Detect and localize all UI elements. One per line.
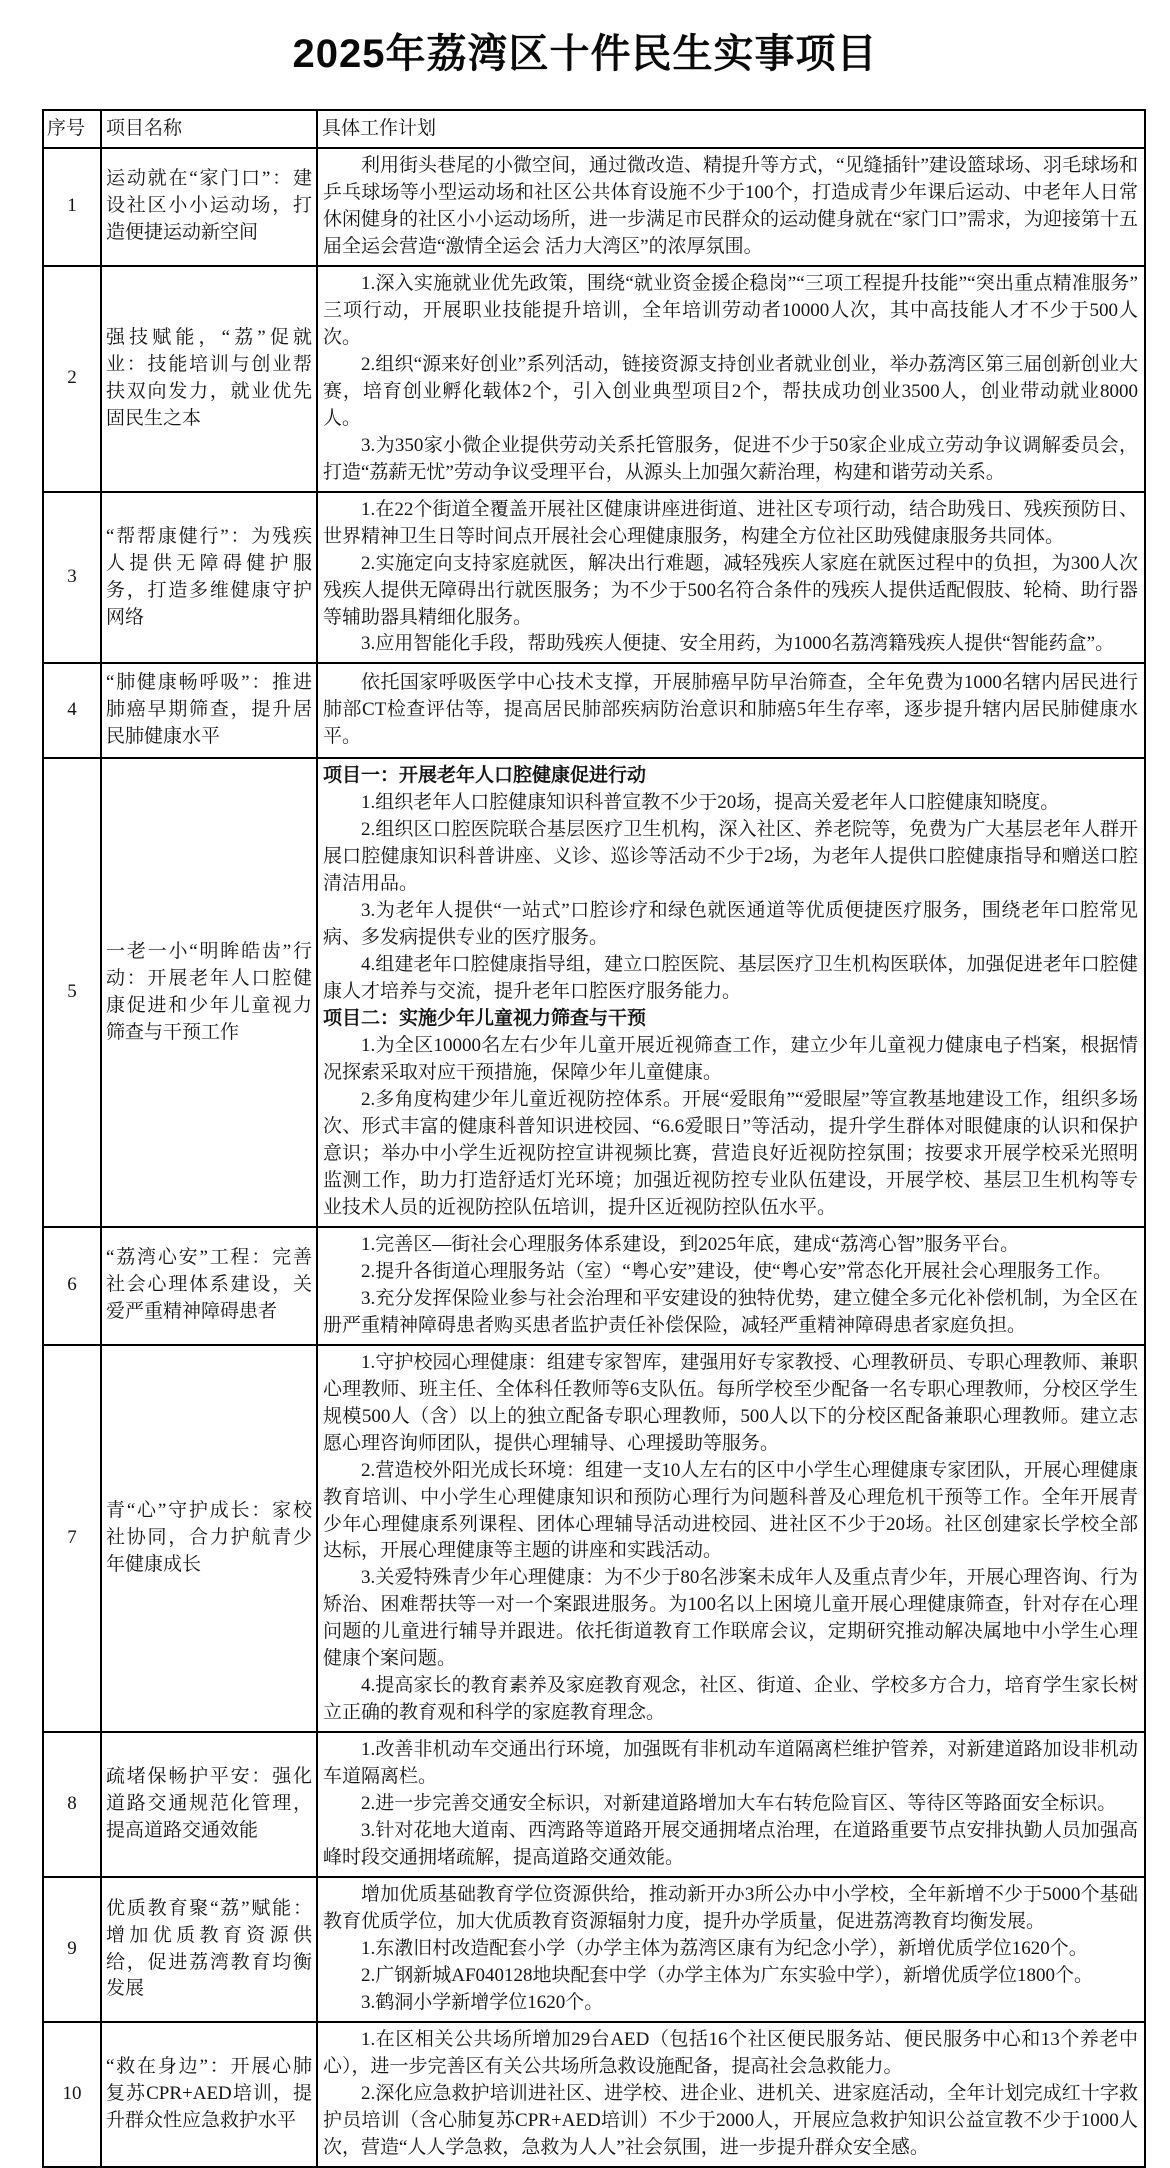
row-number-cell: 8 xyxy=(43,1732,101,1877)
document-page: 2025年荔湾区十件民生实事项目 序号 项目名称 具体工作计划 1 运动就在“家… xyxy=(0,0,1170,2168)
plan-paragraph: 3.为老年人提供“一站式”口腔诊疗和绿色就医通道等优质便捷医疗服务，围绕老年口腔… xyxy=(323,898,1138,952)
header-row: 序号 项目名称 具体工作计划 xyxy=(43,110,1145,148)
project-name-cell: 一老一小“明眸皓齿”行动：开展老年人口腔健康促进和少年儿童视力筛查与干预工作 xyxy=(101,758,317,1226)
plan-paragraph: 2.组织区口腔医院联合基层医疗卫生机构，深入社区、养老院等，免费为广大基层老年人… xyxy=(323,817,1138,898)
row-number-cell: 6 xyxy=(43,1227,101,1345)
work-plan-cell: 增加优质基础教育学位资源供给，推动新开办3所公办中小学校，全年新增不少于5000… xyxy=(317,1877,1145,2022)
page-title: 2025年荔湾区十件民生实事项目 xyxy=(0,22,1170,79)
plan-paragraph: 1.改善非机动车交通出行环境，加强既有非机动车道隔离栏维护管养，对新建道路加设非… xyxy=(323,1737,1138,1791)
table-row: 10 “救在身边”：开展心肺复苏CPR+AED培训，提升群众性应急救护水平 1.… xyxy=(43,2022,1145,2167)
plan-paragraph: 2.实施定向支持家庭就医，解决出行难题，减轻残疾人家庭在就医过程中的负担，为30… xyxy=(323,551,1138,632)
project-name-cell: 强技赋能，“荔”促就业：技能培训与创业帮扶双向发力，就业优先固民生之本 xyxy=(101,266,317,492)
row-number-cell: 10 xyxy=(43,2022,101,2167)
plan-paragraph: 4.提高家长的教育素养及家庭教育观念，社区、街道、企业、学校多方合力，培育学生家… xyxy=(323,1673,1138,1727)
column-header-work-plan: 具体工作计划 xyxy=(317,110,1145,148)
work-plan-cell: 项目一：开展老年人口腔健康促进行动1.组织老年人口腔健康知识科普宣教不少于20场… xyxy=(317,758,1145,1226)
project-name-cell: 疏堵保畅护平安：强化道路交通规范化管理，提高道路交通效能 xyxy=(101,1732,317,1877)
column-header-index: 序号 xyxy=(43,110,101,148)
plan-paragraph: 3.应用智能化手段，帮助残疾人便捷、安全用药，为1000名荔湾籍残疾人提供“智能… xyxy=(323,631,1138,658)
projects-table: 序号 项目名称 具体工作计划 1 运动就在“家门口”：建设社区小小运动场，打造便… xyxy=(42,109,1146,2168)
project-name-cell: “肺健康畅呼吸”：推进肺癌早期筛查，提升居民肺健康水平 xyxy=(101,663,317,758)
plan-subheading: 项目一：开展老年人口腔健康促进行动 xyxy=(323,763,1138,790)
plan-paragraph: 2.进一步完善交通安全标识，对新建道路增加大车右转危险盲区、等待区等路面安全标识… xyxy=(323,1791,1138,1818)
project-name-cell: 运动就在“家门口”：建设社区小小运动场，打造便捷运动新空间 xyxy=(101,148,317,266)
plan-paragraph: 1.东漖旧村改造配套小学（办学主体为荔湾区康有为纪念小学），新增优质学位1620… xyxy=(323,1936,1138,1963)
row-number-cell: 9 xyxy=(43,1877,101,2022)
plan-paragraph: 1.在22个街道全覆盖开展社区健康讲座进街道、进社区专项行动，结合助残日、残疾预… xyxy=(323,497,1138,551)
table-row: 1 运动就在“家门口”：建设社区小小运动场，打造便捷运动新空间 利用街头巷尾的小… xyxy=(43,148,1145,266)
column-header-project-name: 项目名称 xyxy=(101,110,317,148)
plan-paragraph: 1.在区相关公共场所增加29台AED（包括16个社区便民服务站、便民服务中心和1… xyxy=(323,2027,1138,2081)
work-plan-cell: 1.在22个街道全覆盖开展社区健康讲座进街道、进社区专项行动，结合助残日、残疾预… xyxy=(317,492,1145,664)
work-plan-cell: 利用街头巷尾的小微空间，通过微改造、精提升等方式，“见缝插针”建设篮球场、羽毛球… xyxy=(317,148,1145,266)
row-number-cell: 4 xyxy=(43,663,101,758)
plan-paragraph: 3.关爱特殊青少年心理健康：为不少于80名涉案未成年人及重点青少年，开展心理咨询… xyxy=(323,1565,1138,1673)
project-name-cell: “帮帮康健行”：为残疾人提供无障碍健护服务，打造多维健康守护网络 xyxy=(101,492,317,664)
table-row: 5 一老一小“明眸皓齿”行动：开展老年人口腔健康促进和少年儿童视力筛查与干预工作… xyxy=(43,758,1145,1226)
project-name-cell: 青“心”守护成长：家校社协同，合力护航青少年健康成长 xyxy=(101,1345,317,1733)
table-row: 9 优质教育聚“荔”赋能：增加优质教育资源供给，促进荔湾教育均衡发展 增加优质基… xyxy=(43,1877,1145,2022)
plan-paragraph: 1.组织老年人口腔健康知识科普宣教不少于20场，提高关爱老年人口腔健康知晓度。 xyxy=(323,790,1138,817)
plan-paragraph: 3.鹤洞小学新增学位1620个。 xyxy=(323,1990,1138,2017)
plan-paragraph: 1.完善区—街社会心理服务体系建设，到2025年底，建成“荔湾心智”服务平台。 xyxy=(323,1232,1138,1259)
row-number-cell: 7 xyxy=(43,1345,101,1733)
work-plan-cell: 1.深入实施就业优先政策，围绕“就业资金援企稳岗”“三项工程提升技能”“突出重点… xyxy=(317,266,1145,492)
table-row: 4 “肺健康畅呼吸”：推进肺癌早期筛查，提升居民肺健康水平 依托国家呼吸医学中心… xyxy=(43,663,1145,758)
work-plan-cell: 依托国家呼吸医学中心技术支撑，开展肺癌早防早治筛查，全年免费为1000名辖内居民… xyxy=(317,663,1145,758)
table-row: 3 “帮帮康健行”：为残疾人提供无障碍健护服务，打造多维健康守护网络 1.在22… xyxy=(43,492,1145,664)
plan-paragraph: 3.针对花地大道南、西湾路等道路开展交通拥堵点治理，在道路重要节点安排执勤人员加… xyxy=(323,1818,1138,1872)
plan-paragraph: 4.组建老年口腔健康指导组，建立口腔医院、基层医疗卫生机构医联体，加强促进老年口… xyxy=(323,952,1138,1006)
table-row: 8 疏堵保畅护平安：强化道路交通规范化管理，提高道路交通效能 1.改善非机动车交… xyxy=(43,1732,1145,1877)
row-number-cell: 5 xyxy=(43,758,101,1226)
table-row: 2 强技赋能，“荔”促就业：技能培训与创业帮扶双向发力，就业优先固民生之本 1.… xyxy=(43,266,1145,492)
plan-subheading: 项目二：实施少年儿童视力筛查与干预 xyxy=(323,1006,1138,1033)
plan-paragraph: 3.充分发挥保险业参与社会治理和平安建设的独特优势，建立健全多元化补偿机制，为全… xyxy=(323,1286,1138,1340)
plan-paragraph: 1.为全区10000名左右少年儿童开展近视筛查工作，建立少年儿童视力健康电子档案… xyxy=(323,1033,1138,1087)
row-number-cell: 2 xyxy=(43,266,101,492)
project-name-cell: “救在身边”：开展心肺复苏CPR+AED培训，提升群众性应急救护水平 xyxy=(101,2022,317,2167)
plan-paragraph: 2.组织“源来好创业”系列活动，链接资源支持创业者就业创业，举办荔湾区第三届创新… xyxy=(323,352,1138,433)
plan-paragraph: 2.深化应急救护培训进社区、进学校、进企业、进机关、进家庭活动，全年计划完成红十… xyxy=(323,2081,1138,2162)
work-plan-cell: 1.改善非机动车交通出行环境，加强既有非机动车道隔离栏维护管养，对新建道路加设非… xyxy=(317,1732,1145,1877)
project-name-cell: “荔湾心安”工程：完善社会心理体系建设，关爱严重精神障碍患者 xyxy=(101,1227,317,1345)
project-name-cell: 优质教育聚“荔”赋能：增加优质教育资源供给，促进荔湾教育均衡发展 xyxy=(101,1877,317,2022)
plan-paragraph: 2.营造校外阳光成长环境：组建一支10人左右的区中小学生心理健康专家团队，开展心… xyxy=(323,1458,1138,1566)
work-plan-cell: 1.守护校园心理健康：组建专家智库，建强用好专家教授、心理教研员、专职心理教师、… xyxy=(317,1345,1145,1733)
plan-paragraph: 2.广钢新城AF040128地块配套中学（办学主体为广东实验中学），新增优质学位… xyxy=(323,1963,1138,1990)
work-plan-cell: 1.完善区—街社会心理服务体系建设，到2025年底，建成“荔湾心智”服务平台。2… xyxy=(317,1227,1145,1345)
table-row: 7 青“心”守护成长：家校社协同，合力护航青少年健康成长 1.守护校园心理健康：… xyxy=(43,1345,1145,1733)
row-number-cell: 3 xyxy=(43,492,101,664)
table-row: 6 “荔湾心安”工程：完善社会心理体系建设，关爱严重精神障碍患者 1.完善区—街… xyxy=(43,1227,1145,1345)
plan-paragraph: 1.深入实施就业优先政策，围绕“就业资金援企稳岗”“三项工程提升技能”“突出重点… xyxy=(323,271,1138,352)
plan-paragraph: 利用街头巷尾的小微空间，通过微改造、精提升等方式，“见缝插针”建设篮球场、羽毛球… xyxy=(323,153,1138,261)
work-plan-cell: 1.在区相关公共场所增加29台AED（包括16个社区便民服务站、便民服务中心和1… xyxy=(317,2022,1145,2167)
plan-paragraph: 2.提升各街道心理服务站（室）“粤心安”建设，使“粤心安”常态化开展社会心理服务… xyxy=(323,1259,1138,1286)
plan-paragraph: 3.为350家小微企业提供劳动关系托管服务，促进不少于50家企业成立劳动争议调解… xyxy=(323,433,1138,487)
plan-paragraph: 1.守护校园心理健康：组建专家智库，建强用好专家教授、心理教研员、专职心理教师、… xyxy=(323,1350,1138,1458)
plan-paragraph: 依托国家呼吸医学中心技术支撑，开展肺癌早防早治筛查，全年免费为1000名辖内居民… xyxy=(323,670,1138,751)
plan-paragraph: 增加优质基础教育学位资源供给，推动新开办3所公办中小学校，全年新增不少于5000… xyxy=(323,1882,1138,1936)
row-number-cell: 1 xyxy=(43,148,101,266)
plan-paragraph: 2.多角度构建少年儿童近视防控体系。开展“爱眼角”“爱眼屋”等宣教基地建设工作，… xyxy=(323,1087,1138,1222)
